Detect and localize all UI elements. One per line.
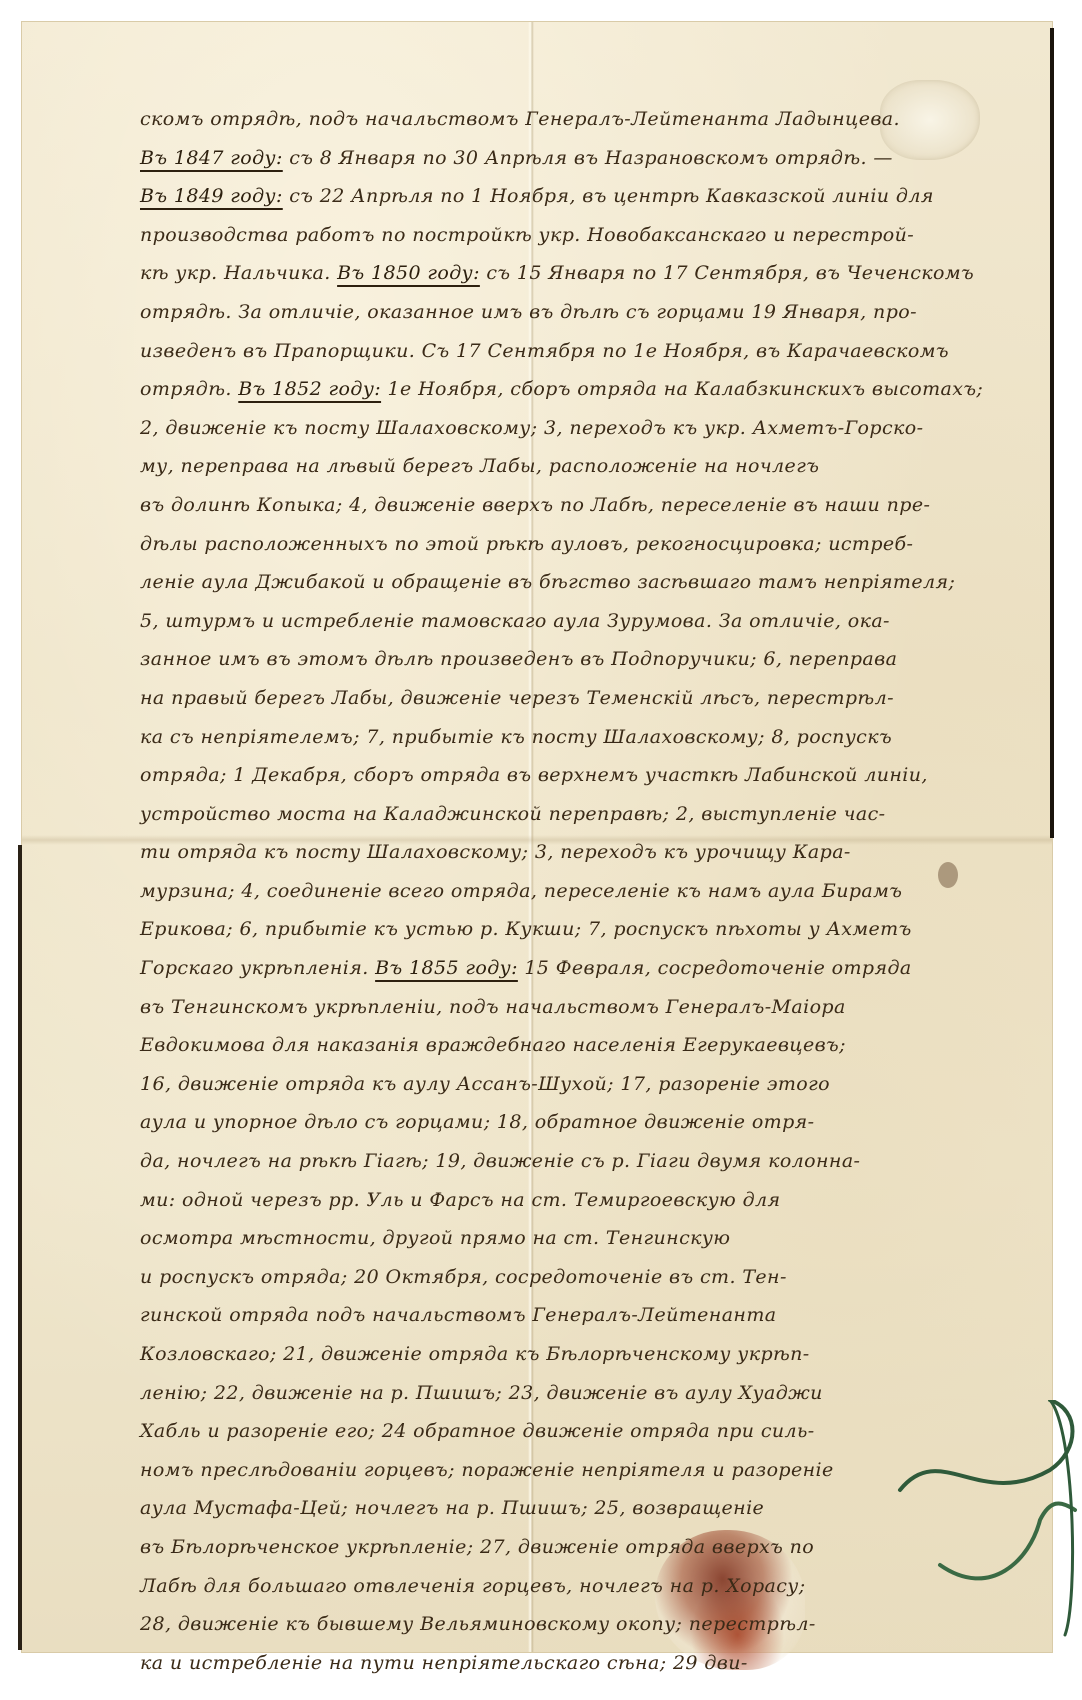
text-line: леніе аула Джибакой и обращеніе въ бѣгст… xyxy=(140,563,1045,602)
year-heading: Въ 1850 году: xyxy=(337,262,480,284)
line-text: 1е Ноября, сборъ отряда на Калабзкинских… xyxy=(381,378,983,400)
line-text: ка съ непріятелемъ; 7, прибытіе къ посту… xyxy=(140,726,892,748)
line-text: въ Бѣлорѣченское укрѣпленіе; 27, движені… xyxy=(140,1536,814,1558)
text-line: отрядѣ. Въ 1852 году: 1е Ноября, сборъ о… xyxy=(140,370,1045,409)
year-heading: Въ 1847 году: xyxy=(140,147,283,169)
text-line: ка съ непріятелемъ; 7, прибытіе къ посту… xyxy=(140,718,1045,757)
text-line: дѣлы расположенныхъ по этой рѣкѣ ауловъ,… xyxy=(140,525,1045,564)
line-text: леніе аула Джибакой и обращеніе въ бѣгст… xyxy=(140,571,955,593)
line-text: ми: одной черезъ рр. Уль и Фарсъ на ст. … xyxy=(140,1189,781,1211)
handwritten-text-body: скомъ отрядѣ, подъ начальствомъ Генералъ… xyxy=(140,100,1045,1682)
line-text: съ 8 Января по 30 Апрѣля въ Назрановском… xyxy=(283,147,893,169)
text-line: му, переправа на лѣвый берегъ Лабы, расп… xyxy=(140,447,1045,486)
line-text: кѣ укр. Нальчика. xyxy=(140,262,337,284)
line-text: съ 22 Апрѣля по 1 Ноября, въ центрѣ Кавк… xyxy=(283,185,934,207)
text-line: Ерикова; 6, прибытіе къ устью р. Кукши; … xyxy=(140,910,1045,949)
text-line: 2, движеніе къ посту Шалаховскому; 3, пе… xyxy=(140,409,1045,448)
text-line: занное имъ въ этомъ дѣлѣ произведенъ въ … xyxy=(140,640,1045,679)
line-text: номъ преслѣдованіи горцевъ; пораженіе не… xyxy=(140,1459,834,1481)
line-text: Евдокимова для наказанія враждебнаго нас… xyxy=(140,1034,846,1056)
text-line: ка и истребленіе на пути непріятельскаго… xyxy=(140,1644,1045,1683)
text-line: устройство моста на Каладжинской перепра… xyxy=(140,795,1045,834)
text-line: осмотра мѣстности, другой прямо на ст. Т… xyxy=(140,1219,1045,1258)
line-text: производства работъ по постройкѣ укр. Но… xyxy=(140,224,914,246)
line-text: 5, штурмъ и истребленіе тамовскаго аула … xyxy=(140,610,890,632)
text-line: Горскаго укрѣпленія. Въ 1855 году: 15 Фе… xyxy=(140,949,1045,988)
year-heading: Въ 1852 году: xyxy=(238,378,381,400)
text-line: гинской отряда подъ начальствомъ Генерал… xyxy=(140,1296,1045,1335)
text-line: изведенъ въ Прапорщики. Съ 17 Сентября п… xyxy=(140,332,1045,371)
text-line: отрядѣ. За отличіе, оказанное имъ въ дѣл… xyxy=(140,293,1045,332)
text-line: 5, штурмъ и истребленіе тамовскаго аула … xyxy=(140,602,1045,641)
text-line: въ долинѣ Копыка; 4, движеніе вверхъ по … xyxy=(140,486,1045,525)
line-text: ка и истребленіе на пути непріятельскаго… xyxy=(140,1652,748,1674)
text-line: ми: одной черезъ рр. Уль и Фарсъ на ст. … xyxy=(140,1181,1045,1220)
line-text: изведенъ въ Прапорщики. Съ 17 Сентября п… xyxy=(140,340,949,362)
text-line: на правый берегъ Лабы, движеніе черезъ Т… xyxy=(140,679,1045,718)
text-line: кѣ укр. Нальчика. Въ 1850 году: съ 15 Ян… xyxy=(140,254,1045,293)
line-text: ленію; 22, движеніе на р. Пшишъ; 23, дви… xyxy=(140,1382,823,1404)
line-text: Хабль и разореніе его; 24 обратное движе… xyxy=(140,1420,815,1442)
line-text: скомъ отрядѣ, подъ начальствомъ Генералъ… xyxy=(140,108,900,130)
line-text: съ 15 Января по 17 Сентября, въ Чеченско… xyxy=(480,262,974,284)
text-line: 28, движеніе къ бывшему Вельяминовскому … xyxy=(140,1605,1045,1644)
text-line: Въ 1849 году: съ 22 Апрѣля по 1 Ноября, … xyxy=(140,177,1045,216)
line-text: въ Тенгинскомъ укрѣпленіи, подъ начальст… xyxy=(140,996,846,1018)
text-line: номъ преслѣдованіи горцевъ; пораженіе не… xyxy=(140,1451,1045,1490)
line-text: 16, движеніе отряда къ аулу Ассанъ-Шухой… xyxy=(140,1073,830,1095)
left-page-edge xyxy=(18,845,22,1650)
line-text: Ерикова; 6, прибытіе къ устью р. Кукши; … xyxy=(140,918,912,940)
text-line: Хабль и разореніе его; 24 обратное движе… xyxy=(140,1412,1045,1451)
line-text: Лабѣ для большаго отвлеченія горцевъ, но… xyxy=(140,1575,806,1597)
line-text: аула Мустафа-Цей; ночлегъ на р. Пшишъ; 2… xyxy=(140,1497,764,1519)
line-text: гинской отряда подъ начальствомъ Генерал… xyxy=(140,1304,776,1326)
text-line: мурзина; 4, соединеніе всего отряда, пер… xyxy=(140,872,1045,911)
line-text: отрядѣ. За отличіе, оказанное имъ въ дѣл… xyxy=(140,301,917,323)
text-line: скомъ отрядѣ, подъ начальствомъ Генералъ… xyxy=(140,100,1045,139)
text-line: Евдокимова для наказанія враждебнаго нас… xyxy=(140,1026,1045,1065)
line-text: аула и упорное дѣло съ горцами; 18, обра… xyxy=(140,1111,814,1133)
text-line: ти отряда къ посту Шалаховскому; 3, пере… xyxy=(140,833,1045,872)
line-text: и роспускъ отряда; 20 Октября, сосредото… xyxy=(140,1266,787,1288)
line-text: занное имъ въ этомъ дѣлѣ произведенъ въ … xyxy=(140,648,897,670)
text-line: 16, движеніе отряда къ аулу Ассанъ-Шухой… xyxy=(140,1065,1045,1104)
text-line: аула и упорное дѣло съ горцами; 18, обра… xyxy=(140,1103,1045,1142)
line-text: ти отряда къ посту Шалаховскому; 3, пере… xyxy=(140,841,851,863)
line-text: дѣлы расположенныхъ по этой рѣкѣ ауловъ,… xyxy=(140,533,913,555)
line-text: осмотра мѣстности, другой прямо на ст. Т… xyxy=(140,1227,730,1249)
text-line: ленію; 22, движеніе на р. Пшишъ; 23, дви… xyxy=(140,1374,1045,1413)
text-line: да, ночлегъ на рѣкѣ Гіагѣ; 19, движеніе … xyxy=(140,1142,1045,1181)
line-text: отрядѣ. xyxy=(140,378,238,400)
text-line: въ Тенгинскомъ укрѣпленіи, подъ начальст… xyxy=(140,988,1045,1027)
line-text: 15 Февраля, сосредоточеніе отряда xyxy=(518,957,912,979)
line-text: да, ночлегъ на рѣкѣ Гіагѣ; 19, движеніе … xyxy=(140,1150,860,1172)
text-line: производства работъ по постройкѣ укр. Но… xyxy=(140,216,1045,255)
line-text: въ долинѣ Копыка; 4, движеніе вверхъ по … xyxy=(140,494,930,516)
line-text: 2, движеніе къ посту Шалаховскому; 3, пе… xyxy=(140,417,923,439)
line-text: отряда; 1 Декабря, сборъ отряда въ верхн… xyxy=(140,764,928,786)
text-line: въ Бѣлорѣченское укрѣпленіе; 27, движені… xyxy=(140,1528,1045,1567)
line-text: устройство моста на Каладжинской перепра… xyxy=(140,803,885,825)
text-line: Лабѣ для большаго отвлеченія горцевъ, но… xyxy=(140,1567,1045,1606)
text-line: и роспускъ отряда; 20 Октября, сосредото… xyxy=(140,1258,1045,1297)
line-text: му, переправа на лѣвый берегъ Лабы, расп… xyxy=(140,455,819,477)
year-heading: Въ 1855 году: xyxy=(375,957,518,979)
line-text: Козловскаго; 21, движеніе отряда къ Бѣло… xyxy=(140,1343,810,1365)
text-line: Козловскаго; 21, движеніе отряда къ Бѣло… xyxy=(140,1335,1045,1374)
line-text: 28, движеніе къ бывшему Вельяминовскому … xyxy=(140,1613,816,1635)
text-line: отряда; 1 Декабря, сборъ отряда въ верхн… xyxy=(140,756,1045,795)
right-page-edge xyxy=(1050,28,1054,838)
year-heading: Въ 1849 году: xyxy=(140,185,283,207)
text-line: аула Мустафа-Цей; ночлегъ на р. Пшишъ; 2… xyxy=(140,1489,1045,1528)
line-text: мурзина; 4, соединеніе всего отряда, пер… xyxy=(140,880,902,902)
line-text: Горскаго укрѣпленія. xyxy=(140,957,375,979)
text-line: Въ 1847 году: съ 8 Января по 30 Апрѣля в… xyxy=(140,139,1045,178)
line-text: на правый берегъ Лабы, движеніе черезъ Т… xyxy=(140,687,894,709)
